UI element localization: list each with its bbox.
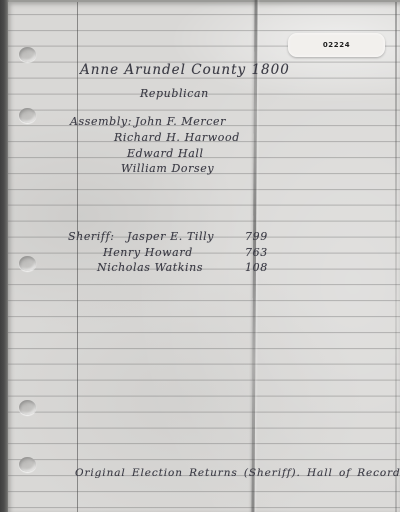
assembly-candidate: Edward Hall <box>127 147 204 160</box>
vote-count: 799 <box>245 230 268 243</box>
vote-count: 108 <box>245 261 268 274</box>
scanned-page: 02224 Anne Arundel County 1800 Republica… <box>0 0 400 512</box>
assembly-candidate: John F. Mercer <box>135 115 226 128</box>
sheriff-row: Henry Howard 763 <box>8 246 400 262</box>
archive-label-sticker: 02224 <box>288 33 385 57</box>
archive-label-number: 02224 <box>323 41 350 49</box>
sheriff-row: Sheriff: Jasper E. Tilly 799 <box>8 230 400 246</box>
source-note: Original Election Returns (Sheriff). Hal… <box>75 467 400 479</box>
binder-hole <box>19 47 36 62</box>
assembly-row: Richard H. Harwood <box>8 131 400 147</box>
vote-count: 763 <box>245 246 268 259</box>
sheriff-label: Sheriff: <box>68 230 115 243</box>
notebook-paper: 02224 Anne Arundel County 1800 Republica… <box>8 2 400 512</box>
binder-hole <box>19 400 36 415</box>
county-title: Anne Arundel County 1800 <box>80 62 290 78</box>
assembly-row: Assembly: John F. Mercer <box>8 115 400 131</box>
assembly-candidate: William Dorsey <box>121 162 214 175</box>
assembly-candidate: Richard H. Harwood <box>114 131 240 144</box>
sheriff-candidate: Henry Howard <box>103 246 193 259</box>
binder-hole <box>19 457 36 472</box>
sheriff-row: Nicholas Watkins 108 <box>8 261 400 277</box>
assembly-row: Edward Hall <box>8 147 400 163</box>
assembly-label: Assembly: <box>70 115 132 128</box>
party-label: Republican <box>140 87 209 100</box>
sheriff-candidate: Jasper E. Tilly <box>127 230 214 243</box>
sheriff-candidate: Nicholas Watkins <box>97 261 203 274</box>
assembly-row: William Dorsey <box>8 162 400 178</box>
